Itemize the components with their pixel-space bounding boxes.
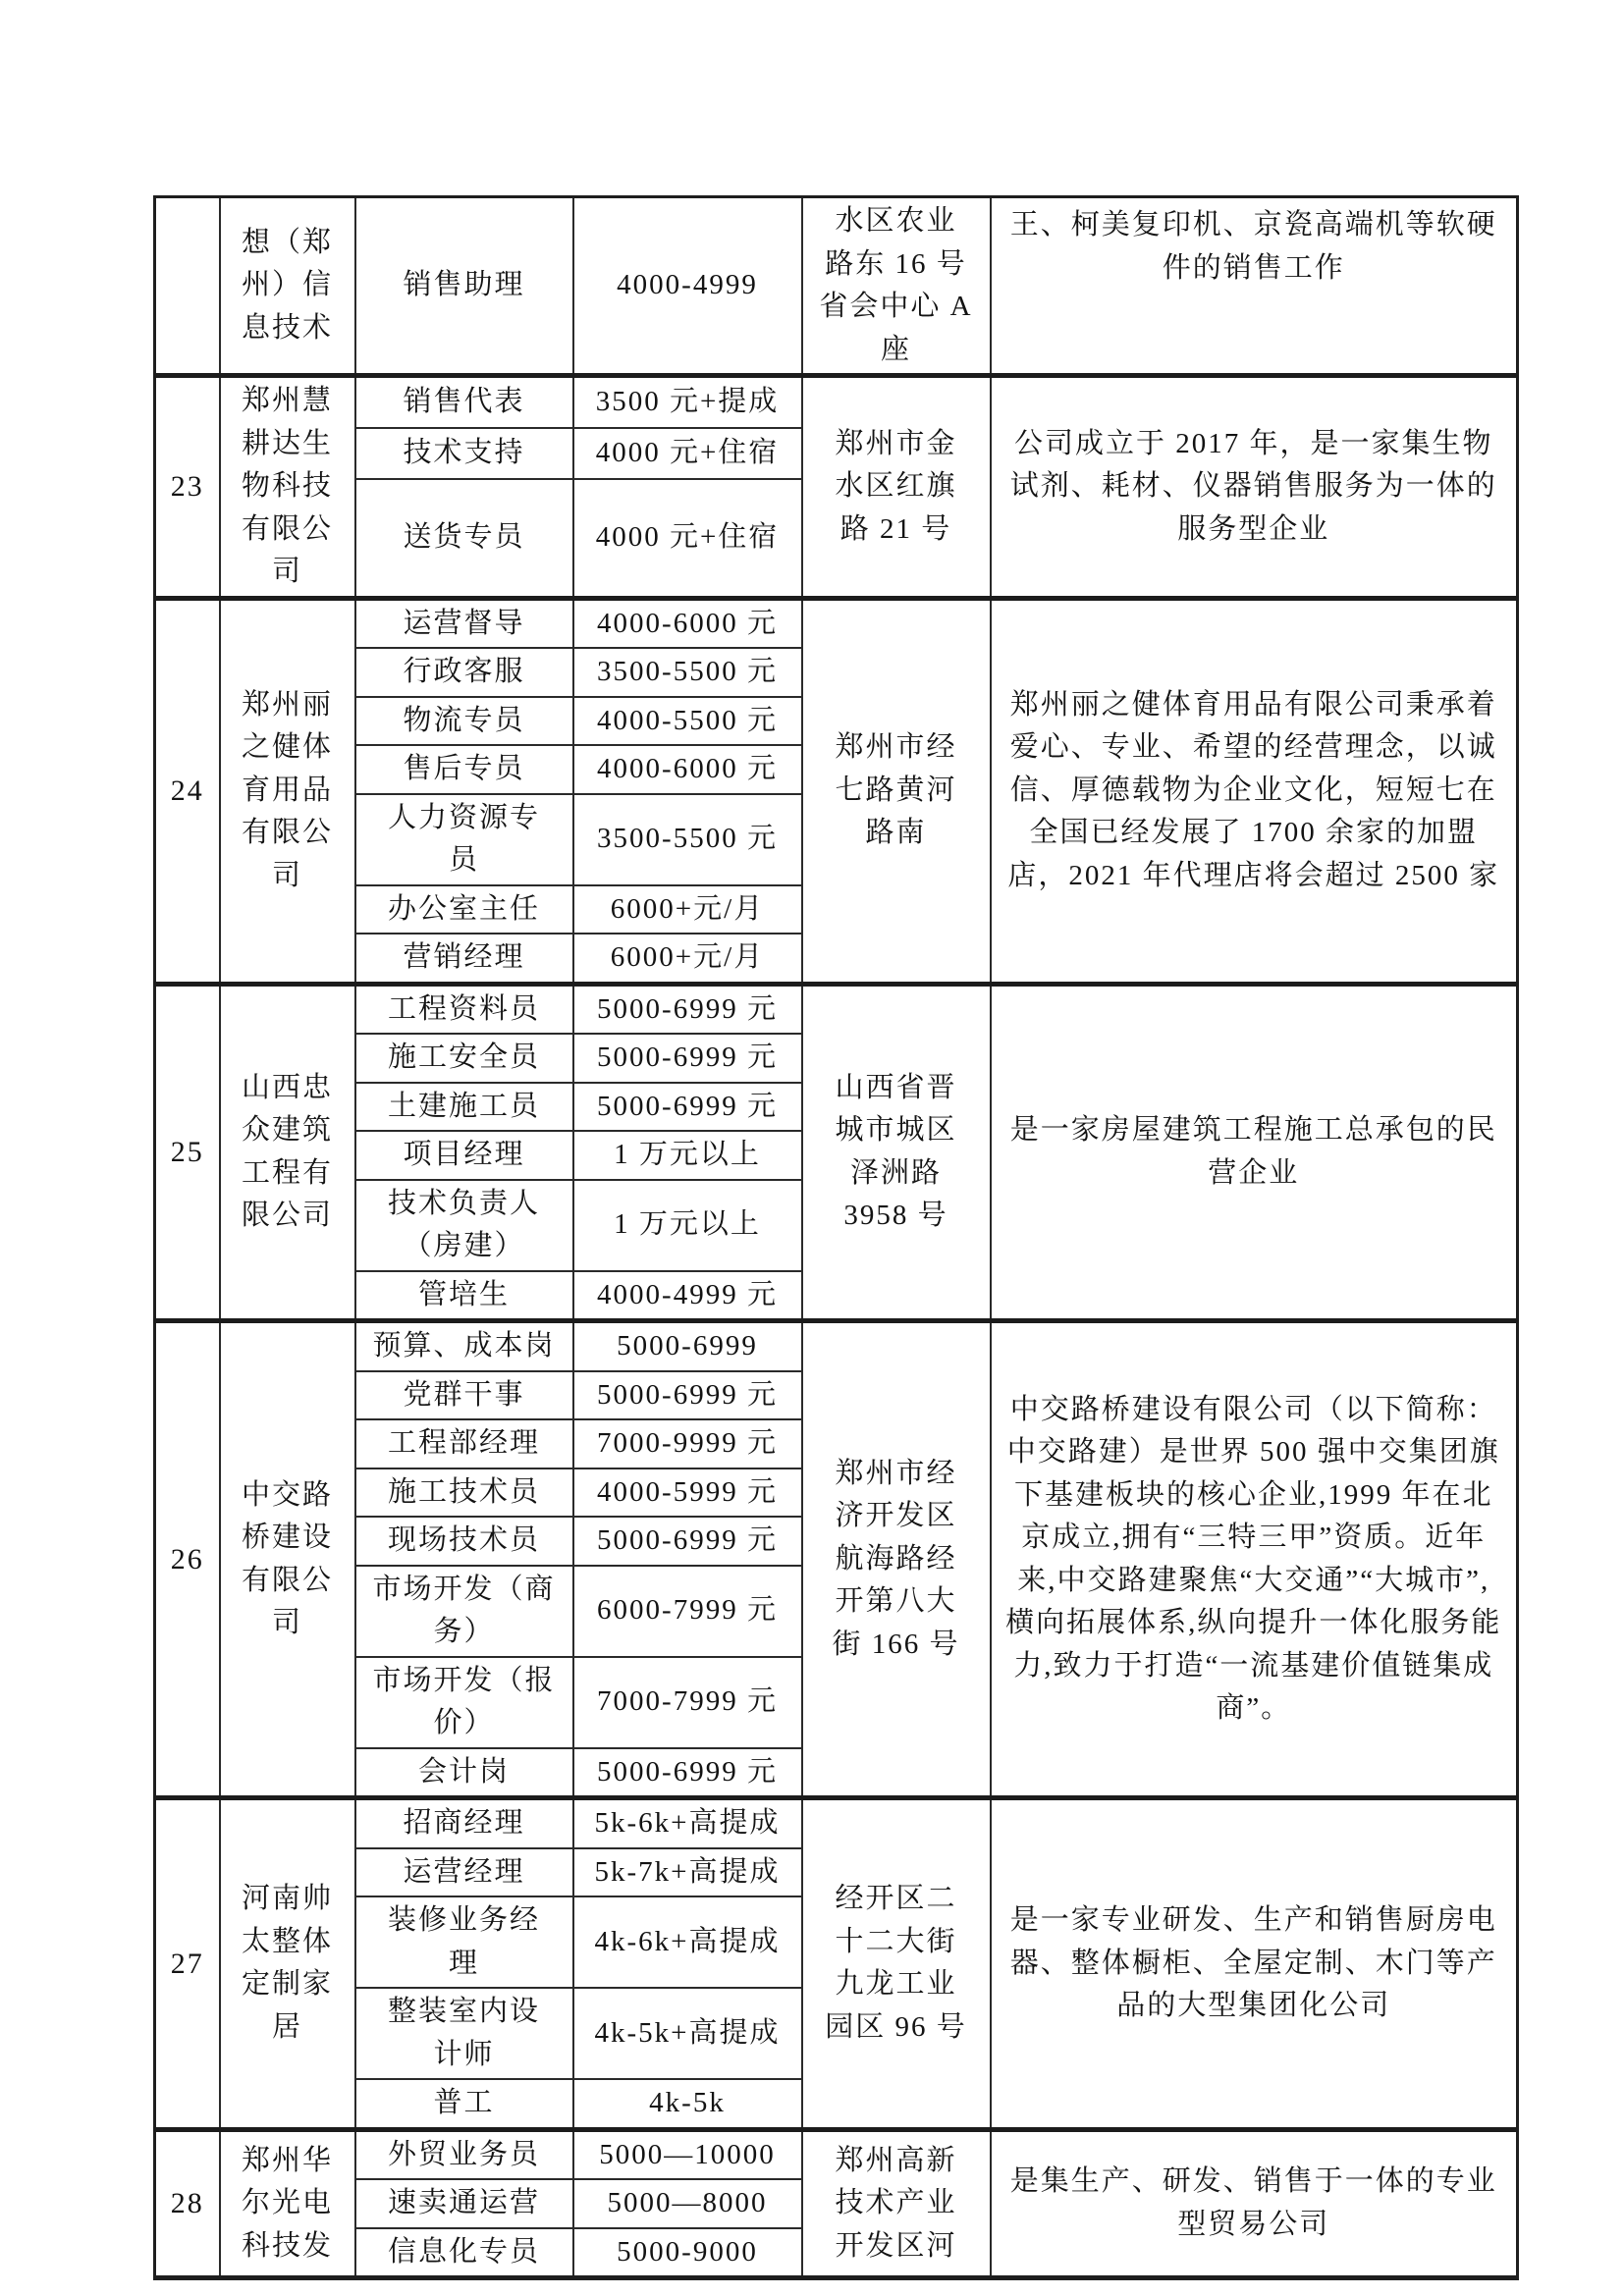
job-title: 预算、成本岗	[355, 1321, 573, 1371]
job-title: 装修业务经 理	[355, 1896, 573, 1988]
job-title: 土建施工员	[355, 1083, 573, 1132]
job-salary: 5000-6999 元	[573, 1083, 802, 1132]
company-name: 想（郑 州）信 息技术	[220, 197, 355, 376]
job-title: 物流专员	[355, 697, 573, 746]
job-title: 招商经理	[355, 1798, 573, 1848]
job-salary: 6000-7999 元	[573, 1566, 802, 1657]
job-title: 速卖通运营	[355, 2179, 573, 2228]
row-number: 24	[155, 598, 220, 984]
job-salary: 4000-4999 元	[573, 1271, 802, 1321]
company-description: 王、柯美复印机、京瓷高端机等软硬件的销售工作	[991, 197, 1518, 376]
job-title: 办公室主任	[355, 885, 573, 934]
job-title: 送货专员	[355, 479, 573, 598]
job-salary: 1 万元以上	[573, 1180, 802, 1271]
job-salary: 5000-6999 元	[573, 1371, 802, 1420]
row-number: 26	[155, 1321, 220, 1798]
job-salary: 7000-9999 元	[573, 1419, 802, 1468]
job-salary: 4000-6000 元	[573, 598, 802, 648]
jobs-table: 想（郑 州）信 息技术销售助理4000-4999水区农业 路东 16 号 省会中…	[153, 195, 1519, 2280]
job-salary: 4000-5500 元	[573, 697, 802, 746]
job-title: 会计岗	[355, 1748, 573, 1798]
job-title: 施工安全员	[355, 1034, 573, 1083]
job-salary: 4000 元+住宿	[573, 479, 802, 598]
row-number	[155, 197, 220, 376]
job-salary: 4000 元+住宿	[573, 428, 802, 479]
job-salary: 3500-5500 元	[573, 794, 802, 885]
job-salary: 5k-6k+高提成	[573, 1798, 802, 1848]
job-title: 销售代表	[355, 376, 573, 428]
job-salary: 5000-6999	[573, 1321, 802, 1371]
company-description: 是一家专业研发、生产和销售厨房电器、整体橱柜、全屋定制、木门等产品的大型集团化公…	[991, 1798, 1518, 2130]
jobs-table-body: 想（郑 州）信 息技术销售助理4000-4999水区农业 路东 16 号 省会中…	[155, 197, 1518, 2278]
table-row: 25山西忠 众建筑 工程有 限公司工程资料员5000-6999 元山西省晋 城市…	[155, 984, 1518, 1034]
job-salary: 5000-6999 元	[573, 984, 802, 1034]
job-salary: 3500-5500 元	[573, 648, 802, 697]
row-number: 28	[155, 2129, 220, 2278]
job-title: 销售助理	[355, 197, 573, 376]
job-title: 售后专员	[355, 745, 573, 794]
job-salary: 5000-6999 元	[573, 1748, 802, 1798]
job-title: 信息化专员	[355, 2228, 573, 2278]
company-address: 郑州市经 济开发区 航海路经 开第八大 街 166 号	[802, 1321, 991, 1798]
company-address: 经开区二 十二大街 九龙工业 园区 96 号	[802, 1798, 991, 2130]
job-title: 外贸业务员	[355, 2129, 573, 2179]
company-name: 河南帅 太整体 定制家 居	[220, 1798, 355, 2130]
company-name: 郑州华 尔光电 科技发	[220, 2129, 355, 2278]
job-title: 技术负责人 （房建）	[355, 1180, 573, 1271]
job-title: 人力资源专 员	[355, 794, 573, 885]
job-salary: 5k-7k+高提成	[573, 1848, 802, 1897]
company-description: 是集生产、研发、销售于一体的专业型贸易公司	[991, 2129, 1518, 2278]
job-title: 营销经理	[355, 934, 573, 984]
job-title: 行政客服	[355, 648, 573, 697]
company-address: 山西省晋 城市城区 泽洲路 3958 号	[802, 984, 991, 1321]
job-title: 技术支持	[355, 428, 573, 479]
document-page: { "table": { "rows": [ { "no": "", "comp…	[0, 0, 1624, 2296]
company-name: 山西忠 众建筑 工程有 限公司	[220, 984, 355, 1321]
job-salary: 5000—10000	[573, 2129, 802, 2179]
row-number: 25	[155, 984, 220, 1321]
company-address: 郑州市经 七路黄河 路南	[802, 598, 991, 984]
job-salary: 6000+元/月	[573, 934, 802, 984]
table-row: 27河南帅 太整体 定制家 居招商经理5k-6k+高提成经开区二 十二大街 九龙…	[155, 1798, 1518, 1848]
row-number: 23	[155, 376, 220, 599]
job-salary: 4000-6000 元	[573, 745, 802, 794]
table-row: 28郑州华 尔光电 科技发外贸业务员5000—10000郑州高新 技术产业 开发…	[155, 2129, 1518, 2179]
table-row: 23郑州慧 耕达生 物科技 有限公 司销售代表3500 元+提成郑州市金 水区红…	[155, 376, 1518, 428]
job-title: 管培生	[355, 1271, 573, 1321]
job-title: 项目经理	[355, 1131, 573, 1180]
job-title: 普工	[355, 2079, 573, 2129]
company-address: 水区农业 路东 16 号 省会中心 A 座	[802, 197, 991, 376]
job-salary: 4k-5k+高提成	[573, 1988, 802, 2079]
company-address: 郑州市金 水区红旗 路 21 号	[802, 376, 991, 599]
company-description: 中交路桥建设有限公司（以下简称：中交路建）是世界 500 强中交集团旗下基建板块…	[991, 1321, 1518, 1798]
table-row: 24郑州丽 之健体 育用品 有限公 司运营督导4000-6000 元郑州市经 七…	[155, 598, 1518, 648]
job-title: 施工技术员	[355, 1468, 573, 1518]
job-salary: 4000-4999	[573, 197, 802, 376]
job-title: 整装室内设 计师	[355, 1988, 573, 2079]
company-description: 是一家房屋建筑工程施工总承包的民营企业	[991, 984, 1518, 1321]
table-row: 26中交路 桥建设 有限公 司预算、成本岗5000-6999郑州市经 济开发区 …	[155, 1321, 1518, 1371]
row-number: 27	[155, 1798, 220, 2130]
job-title: 工程部经理	[355, 1419, 573, 1468]
company-name: 郑州丽 之健体 育用品 有限公 司	[220, 598, 355, 984]
company-name: 郑州慧 耕达生 物科技 有限公 司	[220, 376, 355, 599]
job-title: 工程资料员	[355, 984, 573, 1034]
job-salary: 4000-5999 元	[573, 1468, 802, 1518]
job-salary: 4k-6k+高提成	[573, 1896, 802, 1988]
job-salary: 5000-6999 元	[573, 1517, 802, 1566]
job-salary: 1 万元以上	[573, 1131, 802, 1180]
job-salary: 7000-7999 元	[573, 1657, 802, 1748]
job-title: 市场开发（报 价）	[355, 1657, 573, 1748]
job-salary: 5000-9000	[573, 2228, 802, 2278]
job-title: 运营督导	[355, 598, 573, 648]
job-salary: 5000-6999 元	[573, 1034, 802, 1083]
job-title: 运营经理	[355, 1848, 573, 1897]
job-salary: 6000+元/月	[573, 885, 802, 934]
job-salary: 3500 元+提成	[573, 376, 802, 428]
company-description: 郑州丽之健体育用品有限公司秉承着爱心、专业、希望的经营理念，以诚信、厚德载物为企…	[991, 598, 1518, 984]
job-title: 党群干事	[355, 1371, 573, 1420]
company-address: 郑州高新 技术产业 开发区河	[802, 2129, 991, 2278]
job-salary: 5000—8000	[573, 2179, 802, 2228]
company-description: 公司成立于 2017 年，是一家集生物试剂、耗材、仪器销售服务为一体的服务型企业	[991, 376, 1518, 599]
table-row: 想（郑 州）信 息技术销售助理4000-4999水区农业 路东 16 号 省会中…	[155, 197, 1518, 376]
job-title: 现场技术员	[355, 1517, 573, 1566]
company-name: 中交路 桥建设 有限公 司	[220, 1321, 355, 1798]
job-title: 市场开发（商 务）	[355, 1566, 573, 1657]
job-salary: 4k-5k	[573, 2079, 802, 2129]
